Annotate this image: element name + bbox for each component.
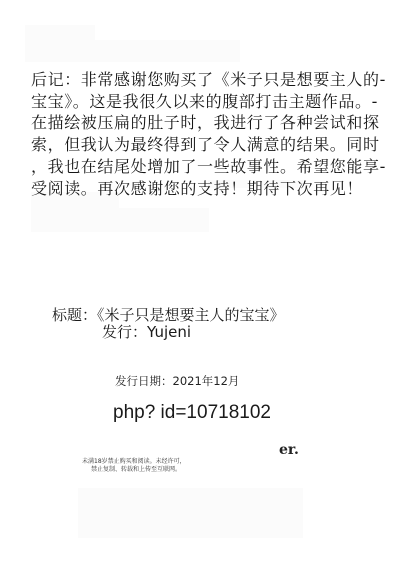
afterword-line: ，我也在结尾处增加了一些故事性。希望您能享-: [31, 156, 361, 178]
afterword-line: 索，但我认为最终得到了令人满意的结果。同时: [31, 134, 361, 156]
faint-artifact-mid-2: [31, 208, 209, 232]
publisher: 发行：Yujeni: [102, 323, 191, 341]
faint-artifact-top-wide: [25, 40, 240, 62]
release-date: 发行日期：2021年12月: [115, 374, 239, 388]
faint-artifact-bottom: [78, 488, 303, 538]
id-text: php? id=10718102: [113, 402, 271, 424]
afterword-line: 受阅读。再次感谢您的支持！期待下次再见！: [31, 178, 361, 200]
afterword-line: 在描绘被压扁的肚子时，我进行了各种尝试和探: [31, 112, 361, 134]
work-title: 标题：《米子只是想要主人的宝宝》: [52, 306, 285, 324]
notice-line: 禁止复制、转载和上传至互联网。: [82, 466, 186, 474]
afterword-line: 宝宝》。这是我很久以来的腹部打击主题作品。-: [31, 91, 361, 113]
tail-fragment: er.: [279, 442, 299, 458]
afterword-paragraph: 后记：非常感谢您购买了《米子只是想要主人的- 宝宝》。这是我很久以来的腹部打击主…: [31, 69, 361, 199]
age-copyright-notice: 未满18岁禁止购买和阅读。未经许可， 禁止复制、转载和上传至互联网。: [82, 458, 186, 474]
afterword-line: 后记：非常感谢您购买了《米子只是想要主人的-: [31, 69, 361, 91]
notice-line: 未满18岁禁止购买和阅读。未经许可，: [82, 458, 186, 466]
